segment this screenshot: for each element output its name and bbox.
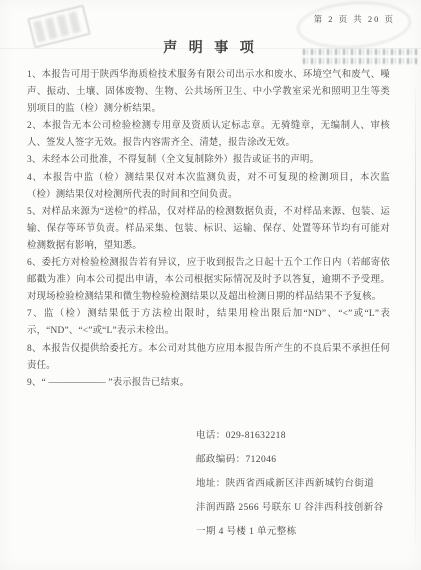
page-number: 第 2 页 共 20 页 [314,13,395,25]
contact-phone: 电话：029-81632218 [196,424,383,448]
contact-address-line-2: 沣润西路 2566 号联东 U 谷沣西科技创新谷 [196,496,383,520]
declaration-item-5: 5、对样品来源为“送检”的样品，仅对样品的检测数据负责，不对样品来源、包装、运输… [27,204,390,255]
contact-address-line-3: 一期 4 号楼 1 单元整栋 [196,520,383,544]
contact-address-line-1: 地址：陕西省西咸新区沣西新城钓台街道 [196,472,383,496]
declaration-item-7: 7、监（检）测结果低于方法检出限时，结果用检出限后加“ND”、“<”或“L”表示… [27,306,390,340]
declaration-item-1: 1、本报告可用于陕西华海质检技术服务有限公司出示水和废水、环境空气和废气、噪声、… [27,67,390,118]
contact-postal-code: 邮政编码：712046 [196,448,383,472]
declaration-item-2: 2、本报告无本公司检验检测专用章及资质认定标志章。无骑缝章，无编制人、审核人、签… [27,118,390,152]
declaration-item-4: 4、本报告中监（检）测结果仅对本次监测负责，对不可复现的检测项目，本次监（检）测… [27,170,390,204]
scan-page-edge-line [415,88,416,542]
declaration-item-9: 9、“ —————— ”表示报告已结束。 [27,375,390,392]
declaration-item-3: 3、未经本公司批准，不得复制（全文复制除外）报告或证书的声明。 [27,152,390,169]
document-title: 声 明 事 项 [0,37,421,57]
declaration-item-8: 8、本报告仅提供给委托方。本公司对其他方应用本报告所产生的不良后果不承担任何责任… [27,341,390,375]
scanned-report-page: 第 2 页 共 20 页 声 明 事 项 1、本报告可用于陕西华海质检技术服务有… [0,0,421,570]
declaration-items: 1、本报告可用于陕西华海质检技术服务有限公司出示水和废水、环境空气和废气、噪声、… [27,67,390,392]
bleed-through-line [303,58,417,64]
contact-info: 电话：029-81632218 邮政编码：712046 地址：陕西省西咸新区沣西… [196,424,383,544]
declaration-item-6: 6、委托方对检验检测报告若有异议，应于收到报告之日起十五个工作日内（若邮寄依邮戳… [27,255,390,306]
